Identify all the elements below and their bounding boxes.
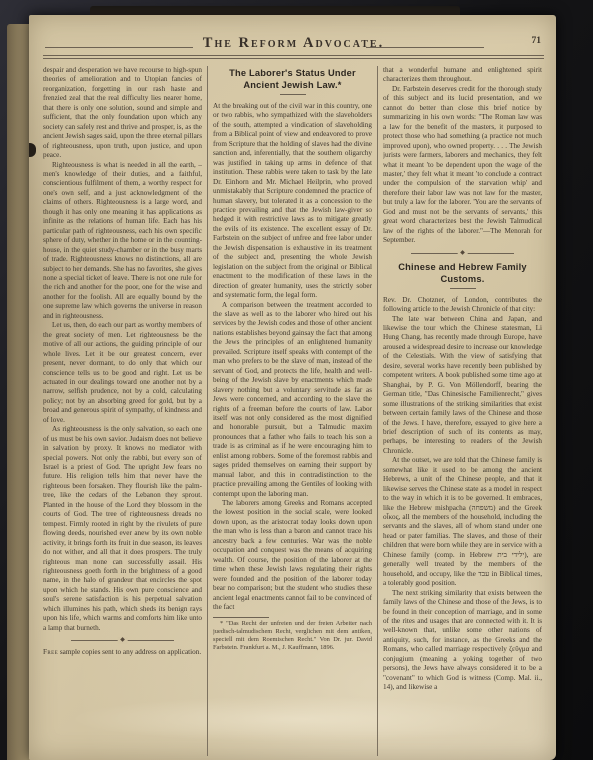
magazine-page: The Reform Advocate. 71 despair and desp… [29,15,556,760]
notice-lead: Free [43,648,58,656]
paragraph: As righteousness is the only salvation, … [43,425,202,633]
page-header: The Reform Advocate. 71 [43,33,544,53]
footnote: * "Das Recht der unfreien und der freien… [213,620,372,652]
paragraph: The late war between China and Japan, an… [383,315,542,457]
article-heading: The Laborer's Status Under Ancient Jewis… [217,67,368,91]
paragraph: despair and desperation we have recourse… [43,66,202,161]
masthead-rule-right [366,47,484,48]
scanned-book-background: The Reform Advocate. 71 despair and desp… [0,0,593,760]
paragraph: At the breaking out of the civil war in … [213,102,372,301]
footnote-rule [213,617,269,618]
column-divider-rule [377,66,378,756]
header-rule [43,55,544,59]
tailpiece-ornament: ◆ [71,636,174,645]
text-columns: despair and desperation we have recourse… [43,66,544,760]
column-divider-rule [207,66,208,756]
paragraph: Let us, then, do each our part as worthy… [43,321,202,425]
paragraph: At the outset, we are told that the Chin… [383,456,542,588]
column-3: that a wonderful humane and enlightened … [383,66,542,760]
section-divider-ornament: ◆ [411,249,514,258]
page-number: 71 [532,36,542,46]
page-edge-tear [29,143,36,157]
paragraph: Righteousness is what is needed in all t… [43,161,202,322]
publisher-notice: Free sample copies sent to any address o… [43,648,202,657]
paragraph: Dr. Farbstein deserves credit for the th… [383,85,542,246]
diamond-ornament-icon: ◆ [117,637,128,644]
diamond-ornament-icon: ◆ [457,250,468,257]
column-2: The Laborer's Status Under Ancient Jewis… [213,66,372,760]
article-heading: Chinese and Hebrew Family Customs. [387,261,538,285]
column-1: despair and desperation we have recourse… [43,66,202,760]
paragraph: Rev. Dr. Chotzner, of London, contribute… [383,296,542,315]
paragraph: that a wonderful humane and enlightened … [383,66,542,85]
paragraph: A comparison between the treatment accor… [213,301,372,500]
paragraph: The laborers among Greeks and Romans acc… [213,499,372,612]
paragraph: The next striking similarity that exists… [383,589,542,693]
heading-rule [450,288,476,291]
masthead-title: The Reform Advocate. [43,33,544,53]
masthead-rule-left [45,47,193,48]
heading-rule [280,94,306,97]
notice-text: sample copies sent to any address on app… [58,648,201,656]
